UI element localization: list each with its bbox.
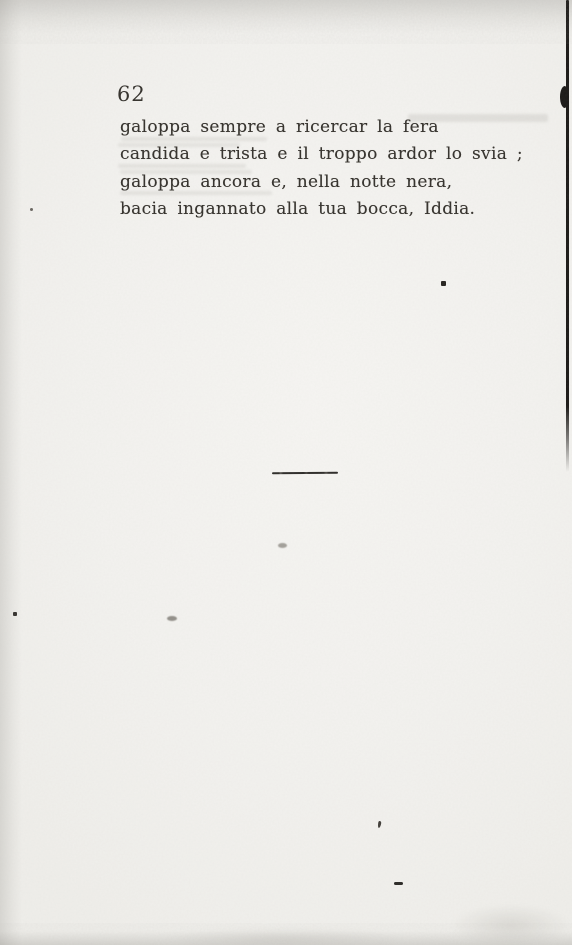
poem-line: bacia ingannato alla tua bocca, Iddia. — [120, 196, 455, 223]
poem-line: galoppa ancora e, nella notte nera, — [120, 169, 455, 196]
paper-speck — [278, 543, 287, 548]
section-divider — [272, 472, 338, 474]
scanned-book-page: 62 galoppa sempre a ricercar la fera can… — [0, 0, 572, 945]
paper-speck — [167, 616, 177, 621]
poem-line: candida e trista e il troppo ardor lo sv… — [120, 141, 455, 168]
poem-line: galoppa sempre a ricercar la fera — [120, 114, 455, 141]
ink-speck — [441, 281, 446, 286]
scan-edge-shadow-left — [0, 0, 22, 945]
ink-speck — [378, 821, 382, 828]
ink-speck — [394, 882, 403, 885]
poem-stanza: galoppa sempre a ricercar la fera candid… — [120, 114, 455, 224]
paper-stain — [120, 905, 450, 945]
page-edge-blob — [560, 86, 568, 108]
page-edge-line — [566, 0, 569, 472]
scan-edge-shadow-top — [0, 0, 572, 34]
page-number: 62 — [117, 82, 147, 106]
ink-speck — [30, 208, 33, 211]
